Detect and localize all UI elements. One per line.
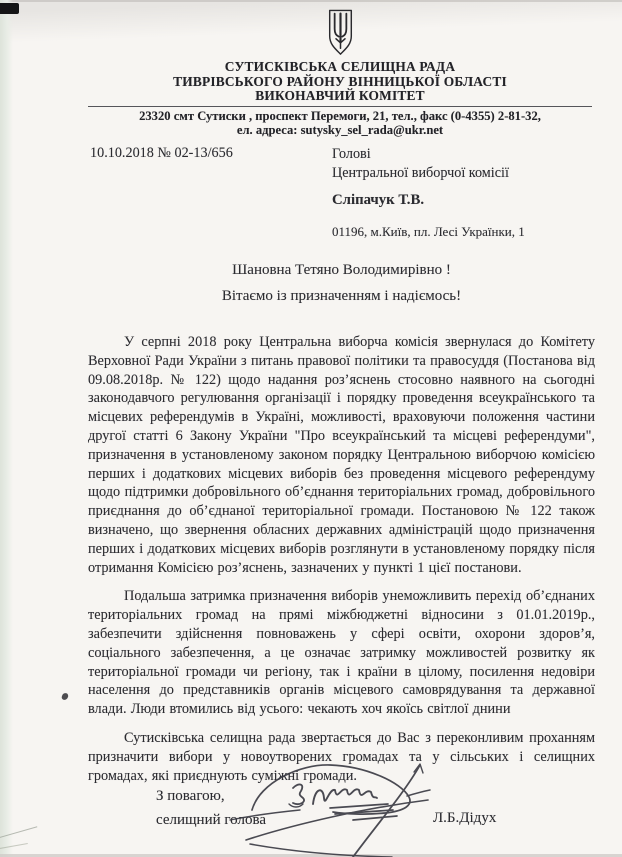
scan-top-edge [0, 0, 622, 2]
closing-regards: З повагою, [156, 788, 225, 805]
letterhead-address-line1: 23320 смт Сутиски , проспект Перемоги, 2… [88, 109, 592, 124]
recipient-line1: Голові [332, 145, 525, 164]
letterhead-address-block: 23320 смт Сутиски , проспект Перемоги, 2… [88, 106, 592, 138]
org-name-line3: ВИКОНАВЧИЙ КОМІТЕТ [60, 89, 620, 104]
scan-corner-artifact [0, 3, 19, 14]
org-name-line1: СУТИСКІВСЬКА СЕЛИЩНА РАДА [60, 60, 620, 75]
scanned-letter-page: СУТИСКІВСЬКА СЕЛИЩНА РАДА ТИВРІВСЬКОГО Р… [0, 0, 622, 857]
org-name-line2: ТИВРІВСЬКОГО РАЙОНУ ВІННИЦЬКОЇ ОБЛАСТІ [60, 75, 620, 90]
salutation-line1: Шановна Тетяно Володимирівно ! [88, 262, 595, 279]
salutation: Шановна Тетяно Володимирівно ! Вітаємо і… [88, 262, 595, 305]
coat-of-arms-icon [327, 9, 354, 56]
body-paragraph-2: Подальша затримка призначення виборів ун… [88, 587, 595, 719]
recipient-line2: Центральної виборчої комісії [332, 164, 525, 183]
letter-body: У серпні 2018 року Центральна виборча ко… [88, 333, 595, 795]
letterhead-address-line2: ел. адреса: sutysky_sel_rada@ukr.net [88, 123, 592, 138]
body-paragraph-1: У серпні 2018 року Центральна виборча ко… [88, 333, 595, 577]
scan-left-edge-strip [0, 0, 13, 857]
reference-date-number: 10.10.2018 № 02-13/656 [90, 145, 233, 162]
ink-speck [61, 692, 69, 701]
recipient-name: Сліпачук Т.В. [332, 191, 525, 210]
recipient-block: Голові Центральної виборчої комісії Сліп… [332, 145, 525, 241]
signer-name: Л.Б.Дідух [433, 810, 496, 827]
signature-ink-icon [225, 752, 435, 857]
letterhead: СУТИСКІВСЬКА СЕЛИЩНА РАДА ТИВРІВСЬКОГО Р… [60, 9, 620, 138]
salutation-line2: Вітаємо із призначенням і надіємось! [88, 288, 595, 305]
recipient-address: 01196, м.Київ, пл. Лесі Українки, 1 [332, 223, 525, 242]
